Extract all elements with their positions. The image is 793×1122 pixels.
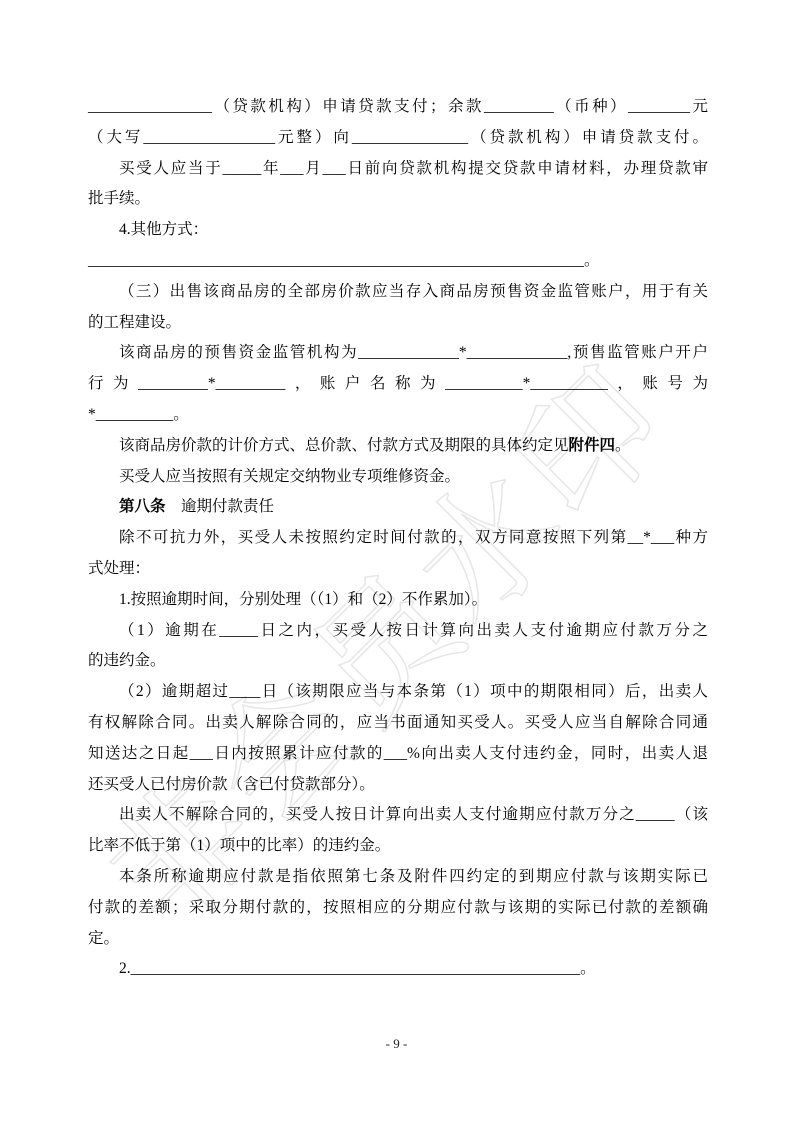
contract-line: 行为_________*_________，账户名称为__________*__… [88,369,708,400]
contract-line: 批手续。 [88,184,708,215]
contract-line: 付款的差额；采取分期付款的，按照相应的分期应付款与该期的实际已付款的差额确 [88,893,708,924]
contract-line: 出卖人不解除合同的，买受人按日计算向出卖人支付逾期应付款万分之_____（该 [88,800,708,831]
contract-line: 的违约金。 [88,646,708,677]
contract-line: （2）逾期超过____日（该期限应当与本条第（1）项中的期限相同）后，出卖人 [88,677,708,708]
contract-line: （三）出售该商品房的全部房价款应当存入商品房预售资金监管账户，用于有关 [88,277,708,308]
document-body: ________________（贷款机构）申请贷款支付；余款_________… [88,92,708,985]
contract-page: 非会员水印 ________________（贷款机构）申请贷款支付；余款___… [0,0,793,1122]
contract-text-segment: 该商品房价款的计价方式、总价款、付款方式及期限的具体约定见 [119,437,569,454]
fill-in-blank-line: ________________________________________… [88,246,708,277]
contract-line: ________________（贷款机构）申请贷款支付；余款_________… [88,92,708,123]
contract-line: 有权解除合同。出卖人解除合同的，应当书面通知买受人。买受人应当自解除合同通 [88,708,708,739]
contract-line: 买受人应当按照有关规定交纳物业专项维修资金。 [88,462,708,493]
contract-line: 知送达之日起___日内按照累计应付款的___%向出卖人支付违约金，同时，出卖人退 [88,739,708,770]
attachment-four-bold-term: 附件四 [569,437,616,454]
contract-line: （大写_________________元整）向_______________（… [88,123,708,154]
contract-line: 4.其他方式： [88,215,708,246]
contract-line: *__________。 [88,400,708,431]
contract-line: 定。 [88,924,708,955]
clause-eight-title: 逾期付款责任 [166,498,275,515]
page-number: - 9 - [0,1036,793,1052]
contract-line: 除不可抗力外，买受人未按照约定时间付款的，双方同意按照下列第__*___种方 [88,523,708,554]
fill-in-blank-line: 2.______________________________________… [88,954,708,985]
contract-line: 买受人应当于_____年___月___日前向贷款机构提交贷款申请材料，办理贷款审 [88,154,708,185]
contract-line: 1.按照逾期时间，分别处理（（1）和（2）不作累加）。 [88,585,708,616]
contract-line: 还买受人已付房价款（含已付贷款部分）。 [88,770,708,801]
contract-line: 该商品房价款的计价方式、总价款、付款方式及期限的具体约定见附件四。 [88,431,708,462]
clause-heading-line: 第八条 逾期付款责任 [88,492,708,523]
clause-eight-heading: 第八条 [119,498,166,515]
contract-line: 比率不低于第（1）项中的比率）的违约金。 [88,831,708,862]
contract-line: 的工程建设。 [88,308,708,339]
contract-line: （1）逾期在_____日之内，买受人按日计算向出卖人支付逾期应付款万分之 [88,616,708,647]
contract-text-segment: 。 [615,437,631,454]
contract-line: 该商品房的预售资金监管机构为_____________*____________… [88,338,708,369]
contract-line: 本条所称逾期应付款是指依照第七条及附件四约定的到期应付款与该期实际已 [88,862,708,893]
contract-line: 式处理： [88,554,708,585]
